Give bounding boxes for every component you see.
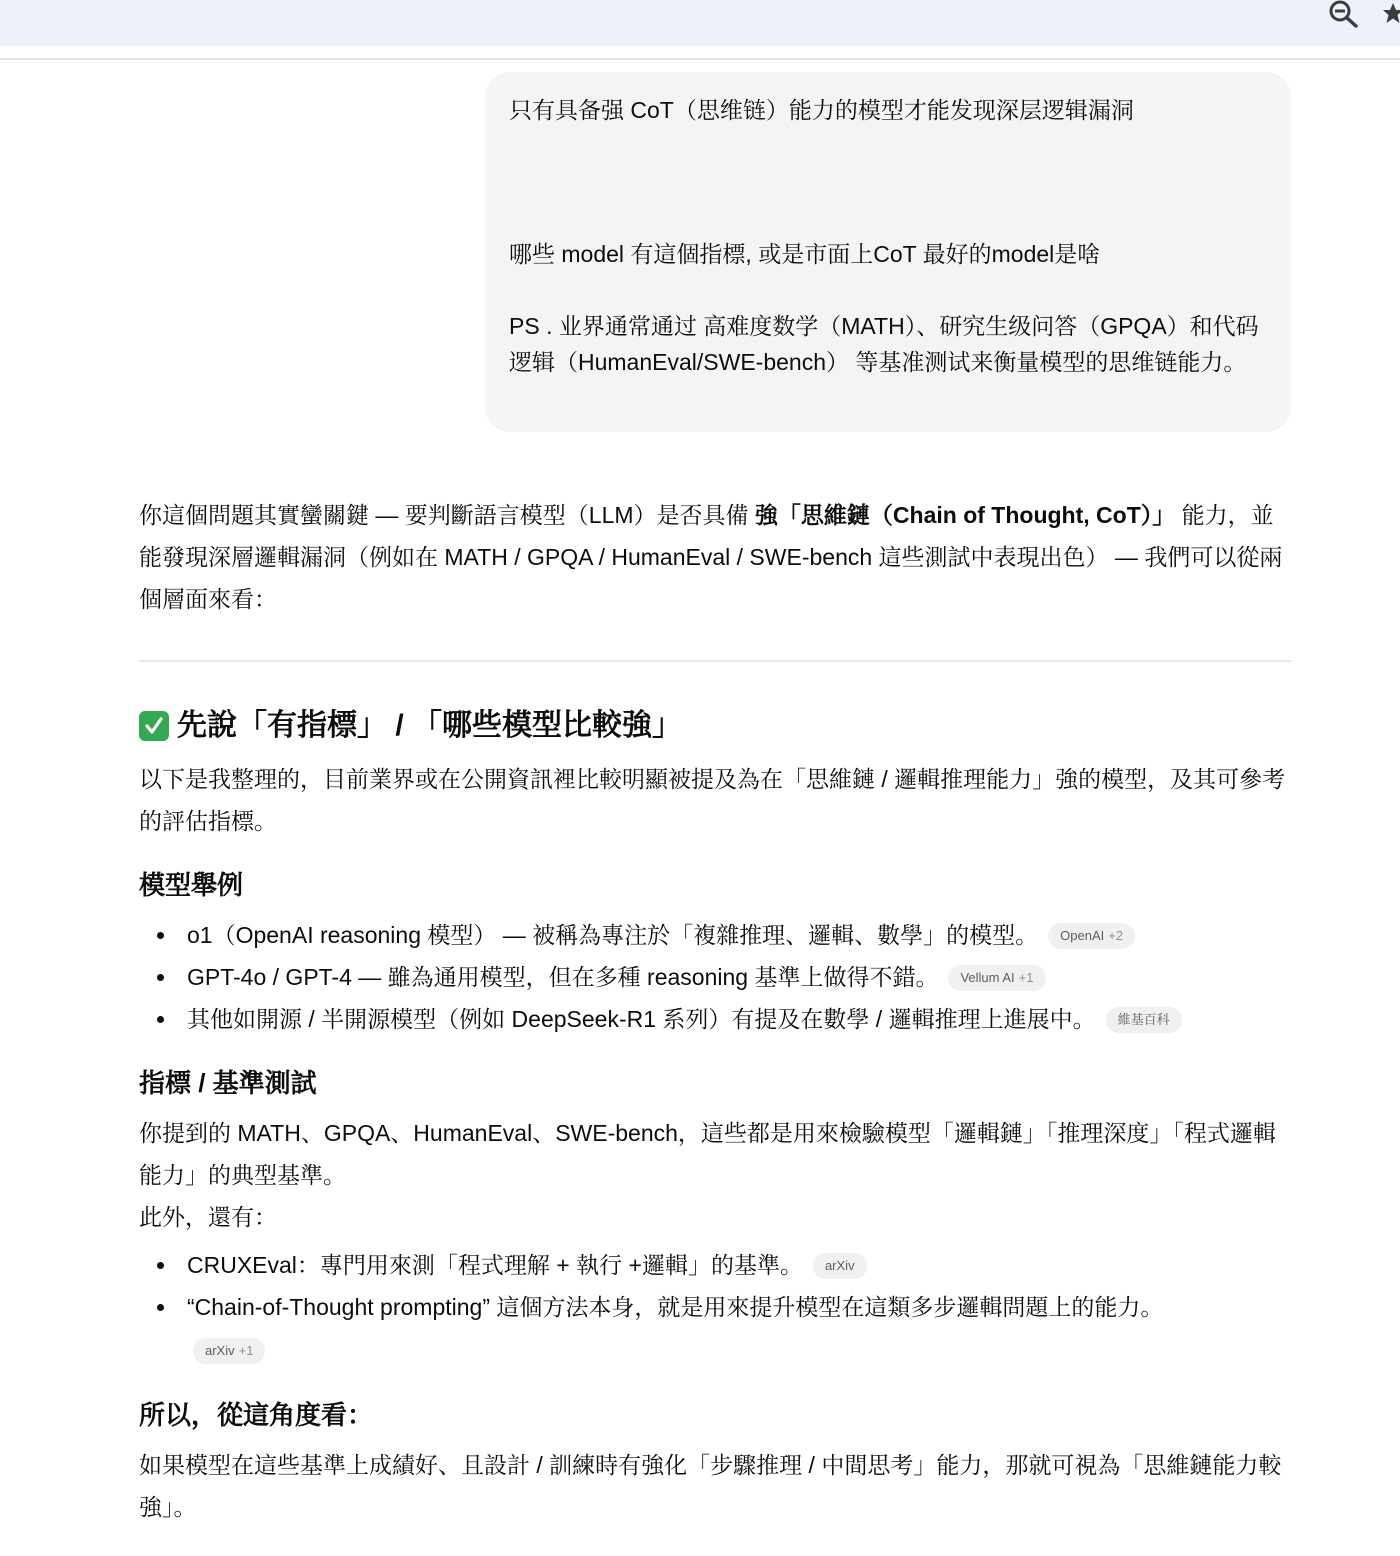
benchmarks-list: CRUXEval：專門用來測「程式理解 + 執行 +邏輯」的基準。arXiv “…	[139, 1244, 1291, 1372]
chip-more: +2	[1108, 928, 1123, 943]
top-divider	[0, 58, 1400, 60]
user-message-line: PS . 业界通常通过 高难度数学（MATH）、研究生级问答（GPQA）和代码逻…	[509, 308, 1267, 380]
section-heading: 先說「有指標」 / 「哪些模型比較強」	[139, 700, 1291, 752]
source-chip[interactable]: arXiv	[813, 1253, 867, 1279]
list-item: o1（OpenAI reasoning 模型） — 被稱為專注於「複雜推理、邏輯…	[187, 914, 1291, 956]
chip-source: Vellum AI	[960, 970, 1014, 985]
chip-source: OpenAI	[1060, 928, 1104, 943]
list-item-text: CRUXEval：專門用來測「程式理解 + 執行 +邏輯」的基準。	[187, 1252, 803, 1278]
intro-text: 你這個問題其實蠻關鍵 — 要判斷語言模型（LLM）是否具備	[139, 502, 755, 528]
list-item: GPT-4o / GPT-4 — 雖為通用模型，但在多種 reasoning 基…	[187, 956, 1291, 998]
source-chip[interactable]: 維基百科	[1106, 1007, 1182, 1033]
browser-toolbar	[0, 0, 1400, 46]
check-mark-button-icon	[139, 711, 169, 741]
benchmarks-heading: 指標 / 基準測試	[139, 1062, 1291, 1104]
list-item-text: “Chain-of-Thought prompting” 這個方法本身，就是用來…	[187, 1294, 1163, 1320]
list-item: CRUXEval：專門用來測「程式理解 + 執行 +邏輯」的基準。arXiv	[187, 1244, 1291, 1286]
conclusion-paragraph: 如果模型在這些基準上成績好、且設計 / 訓練時有強化「步驟推理 / 中間思考」能…	[139, 1444, 1291, 1528]
section-divider	[139, 660, 1291, 662]
models-heading: 模型舉例	[139, 864, 1291, 906]
assistant-response: 你這個問題其實蠻關鍵 — 要判斷語言模型（LLM）是否具備 強「思維鏈（Chai…	[139, 494, 1291, 1528]
source-chip[interactable]: Vellum AI+1	[948, 965, 1045, 991]
zoom-out-icon[interactable]	[1326, 0, 1360, 30]
user-message-line: 哪些 model 有這個指標, 或是市面上CoT 最好的model是啥	[509, 236, 1267, 272]
conclusion-heading: 所以，從這角度看：	[139, 1394, 1291, 1436]
section-heading-text: 先說「有指標」 / 「哪些模型比較強」	[177, 700, 682, 752]
intro-paragraph: 你這個問題其實蠻關鍵 — 要判斷語言模型（LLM）是否具備 強「思維鏈（Chai…	[139, 494, 1291, 620]
benchmarks-also: 此外，還有：	[139, 1196, 1291, 1238]
list-item-text: 其他如開源 / 半開源模型（例如 DeepSeek-R1 系列）有提及在數學 /…	[187, 1006, 1096, 1032]
bookmark-star-icon[interactable]	[1382, 2, 1400, 24]
chip-source: arXiv	[825, 1258, 855, 1273]
chip-more: +1	[1019, 970, 1034, 985]
list-item-text: o1（OpenAI reasoning 模型） — 被稱為專注於「複雜推理、邏輯…	[187, 922, 1038, 948]
chip-source: arXiv	[205, 1343, 235, 1358]
intro-bold-text: 強「思維鏈（Chain of Thought, CoT）」	[755, 502, 1175, 528]
section-paragraph: 以下是我整理的，目前業界或在公開資訊裡比較明顯被提及為在「思維鏈 / 邏輯推理能…	[139, 758, 1291, 842]
models-list: o1（OpenAI reasoning 模型） — 被稱為專注於「複雜推理、邏輯…	[139, 914, 1291, 1040]
chip-more: +1	[239, 1343, 254, 1358]
source-chip[interactable]: OpenAI+2	[1048, 923, 1135, 949]
list-item: 其他如開源 / 半開源模型（例如 DeepSeek-R1 系列）有提及在數學 /…	[187, 998, 1291, 1040]
list-item-text: GPT-4o / GPT-4 — 雖為通用模型，但在多種 reasoning 基…	[187, 964, 938, 990]
chip-source: 維基百科	[1118, 1012, 1170, 1027]
benchmarks-paragraph: 你提到的 MATH、GPQA、HumanEval、SWE-bench，這些都是用…	[139, 1112, 1291, 1196]
list-item: “Chain-of-Thought prompting” 這個方法本身，就是用來…	[187, 1286, 1291, 1372]
source-chip[interactable]: arXiv+1	[193, 1338, 265, 1364]
user-message-bubble: 只有具备强 CoT（思维链）能力的模型才能发现深层逻辑漏洞 哪些 model 有…	[485, 72, 1291, 432]
user-message-line: 只有具备强 CoT（思维链）能力的模型才能发现深层逻辑漏洞	[509, 92, 1267, 128]
